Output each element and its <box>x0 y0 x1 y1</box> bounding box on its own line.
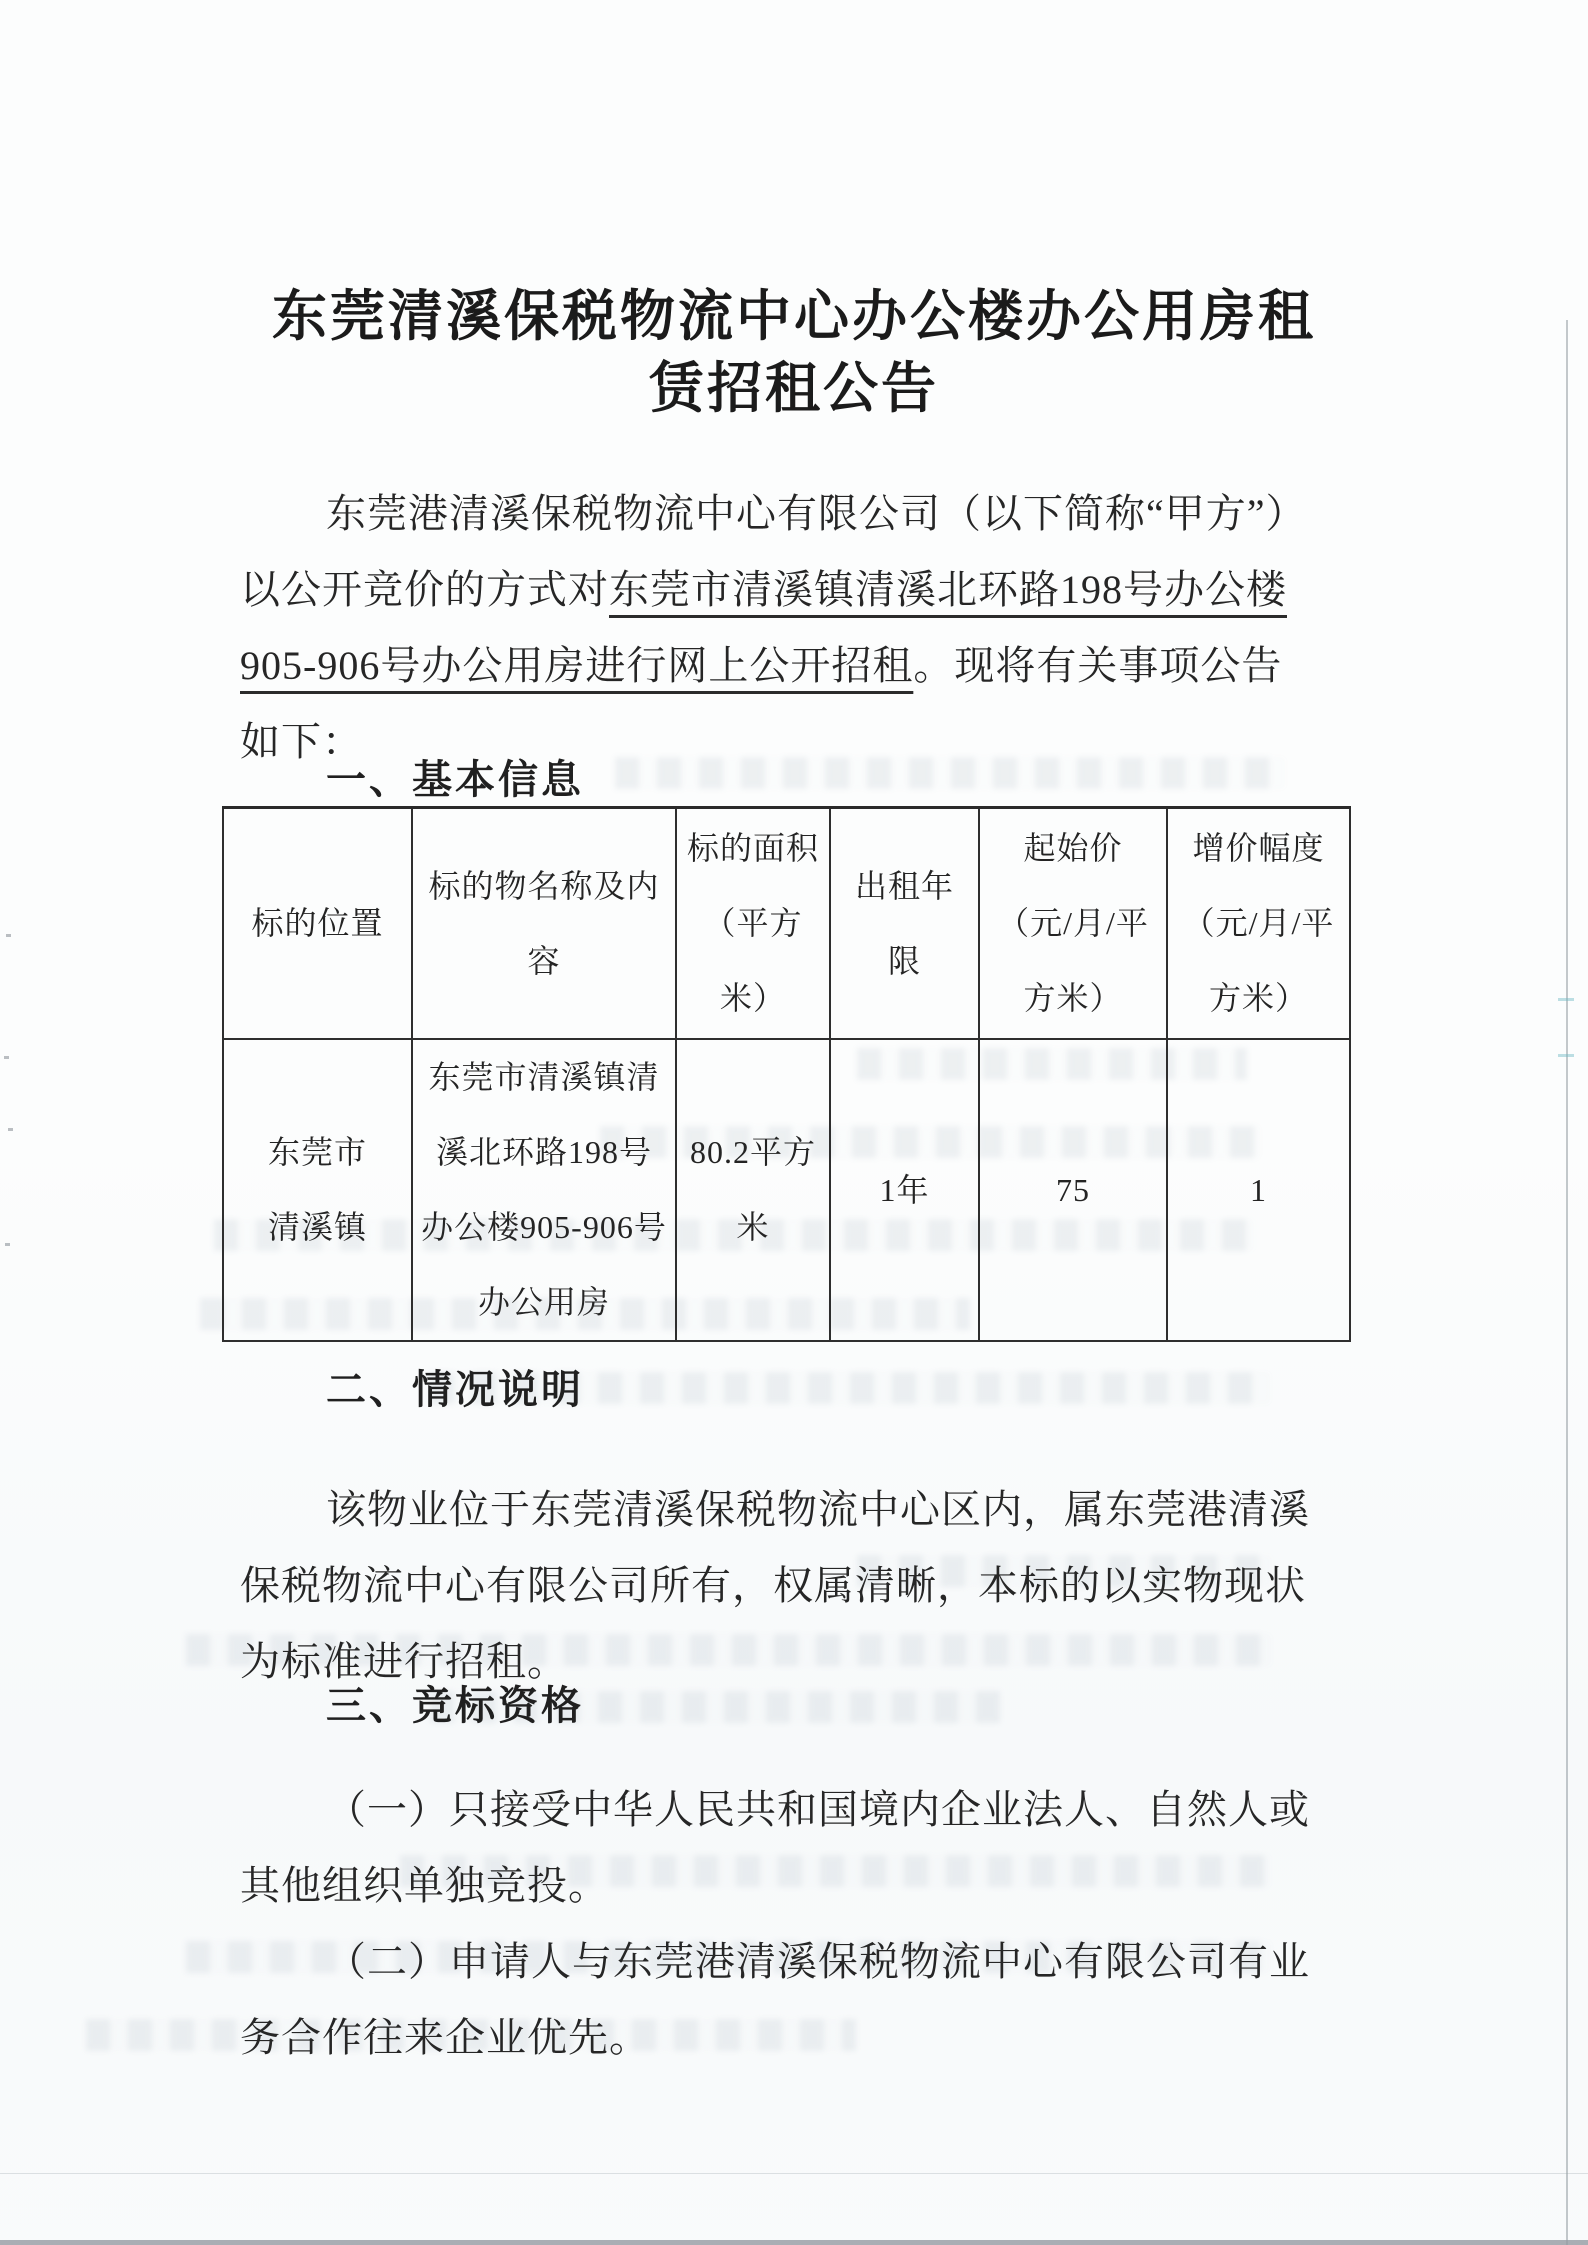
header-cell-lease-term: 出租年 限 <box>830 808 979 1040</box>
cell-bid-increment: 1 <box>1167 1039 1350 1341</box>
table-data-row: 东莞市 清溪镇 东莞市清溪镇清 溪北环路198号 办公楼905-906号 办公用… <box>223 1039 1350 1341</box>
basic-info-table: 标的位置 标的物名称及内 容 标的面积 （平方 米） 出租年 限 起始价 （元/… <box>222 806 1351 1342</box>
document-title: 东莞清溪保税物流中心办公楼办公用房租 赁招租公告 <box>0 281 1588 425</box>
section-2-body: 该物业位于东莞清溪保税物流中心区内，属东莞港清溪 保税物流中心有限公司所有，权属… <box>240 1472 1370 1700</box>
cell-lease-term: 1年 <box>830 1039 979 1341</box>
header-cell-starting-price: 起始价 （元/月/平 方米） <box>979 808 1167 1040</box>
scan-speck <box>5 1243 10 1246</box>
table-header-row: 标的位置 标的物名称及内 容 标的面积 （平方 米） 出租年 限 起始价 （元/… <box>223 808 1350 1040</box>
scan-speck <box>8 1128 13 1131</box>
cell-subject-name: 东莞市清溪镇清 溪北环路198号 办公楼905-906号 办公用房 <box>412 1039 676 1341</box>
scan-faint-line <box>0 2173 1588 2174</box>
section-1-heading: 一、基本信息 <box>326 758 584 802</box>
scan-edge-tick <box>1558 1054 1574 1057</box>
scan-speck <box>6 934 11 937</box>
scan-edge-tick <box>1558 998 1574 1001</box>
scan-bottom-edge <box>0 2240 1588 2245</box>
cell-area: 80.2平方 米 <box>676 1039 830 1341</box>
cell-starting-price: 75 <box>979 1039 1167 1341</box>
header-cell-subject-name: 标的物名称及内 容 <box>412 808 676 1040</box>
header-cell-bid-increment: 增价幅度 （元/月/平 方米） <box>1167 808 1350 1040</box>
section-2-heading: 二、情况说明 <box>326 1368 584 1412</box>
scan-right-edge <box>1566 320 1568 2245</box>
scan-speck <box>4 1056 9 1059</box>
section-3-clause-2: （二）申请人与东莞港清溪保税物流中心有限公司有业 务合作往来企业优先。 <box>240 1924 1370 2076</box>
cell-location: 东莞市 清溪镇 <box>223 1039 412 1341</box>
header-cell-area: 标的面积 （平方 米） <box>676 808 830 1040</box>
header-cell-location: 标的位置 <box>223 808 412 1040</box>
intro-paragraph: 东莞港清溪保税物流中心有限公司（以下简称“甲方”） 以公开竞价的方式对东莞市清溪… <box>240 476 1370 780</box>
section-3-heading: 三、竞标资格 <box>326 1684 584 1728</box>
scanned-document-page: 东莞清溪保税物流中心办公楼办公用房租 赁招租公告 东莞港清溪保税物流中心有限公司… <box>0 0 1588 2245</box>
section-3-clause-1: （一）只接受中华人民共和国境内企业法人、自然人或 其他组织单独竞投。 <box>240 1772 1370 1924</box>
